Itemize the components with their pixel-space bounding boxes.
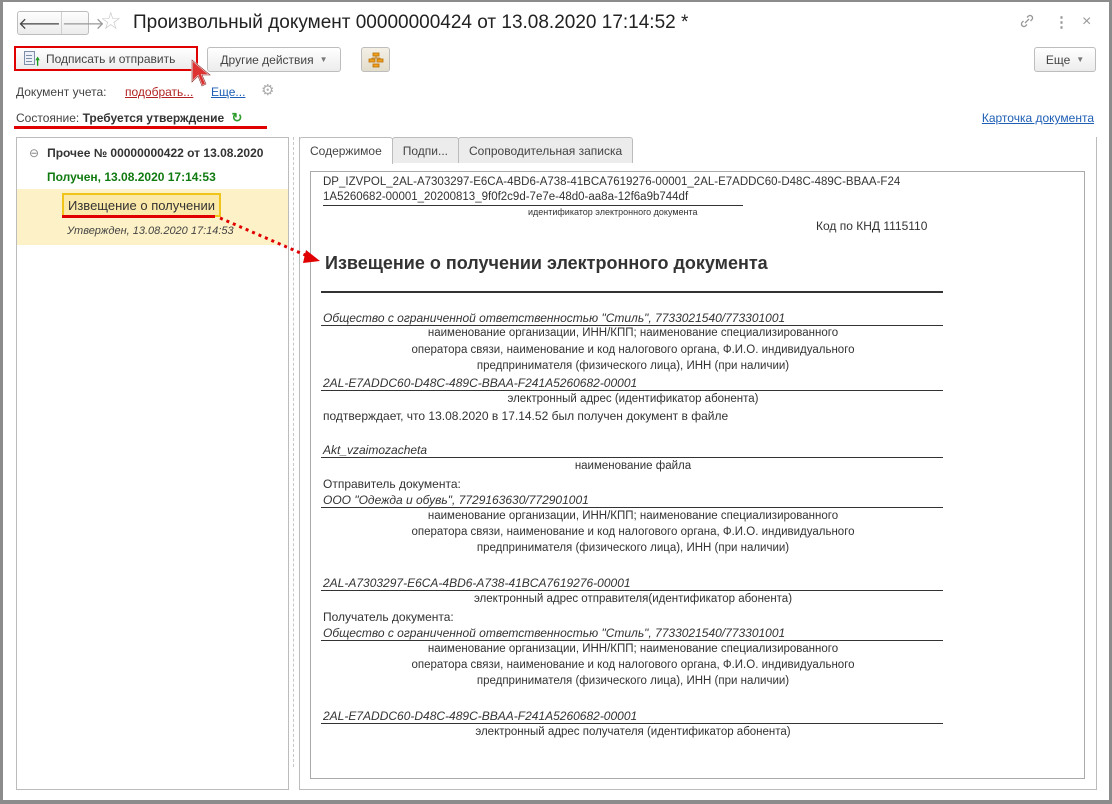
back-button[interactable]: 🡐 [18, 12, 61, 34]
organization-caption: предпринимателя (физического лица), ИНН … [323, 360, 943, 372]
more-accounting-link[interactable]: Еще... [211, 85, 245, 99]
sender-label: Отправитель документа: [323, 477, 461, 491]
collapse-icon[interactable]: ⊖ [29, 146, 39, 160]
file-name-caption: наименование файла [323, 460, 943, 472]
accounting-document-label: Документ учета: [16, 85, 106, 99]
sender-caption: наименование организации, ИНН/КПП; наиме… [323, 510, 943, 522]
subscriber-address-caption: электронный адрес (идентификатор абонент… [323, 393, 943, 405]
close-icon[interactable]: × [1082, 13, 1091, 31]
confirmation-text: подтверждает, что 13.08.2020 в 17.14.52 … [323, 409, 728, 423]
more-label: Еще [1046, 53, 1070, 67]
tab-bar: Содержимое Подпи... Сопроводительная зап… [299, 137, 632, 163]
organization-caption: наименование организации, ИНН/КПП; наиме… [323, 327, 943, 339]
status-highlight-underline [14, 126, 267, 129]
more-vertical-icon[interactable]: ⋮ [1054, 13, 1069, 31]
other-actions-label: Другие действия [220, 53, 313, 67]
document-id-caption: идентификатор электронного документа [528, 207, 698, 217]
panel-splitter[interactable] [293, 137, 294, 767]
tab-contents[interactable]: Содержимое [299, 137, 393, 164]
recipient-caption: наименование организации, ИНН/КПП; наиме… [323, 643, 943, 655]
knd-code: Код по КНД 1115110 [816, 219, 927, 233]
pick-accounting-document-link[interactable]: подобрать... [125, 85, 193, 99]
sender-organization: ООО "Одежда и обувь", 7729163630/7729010… [323, 493, 589, 507]
link-icon[interactable] [1019, 13, 1035, 33]
document-heading: Извещение о получении электронного докум… [325, 253, 768, 274]
sender-address-caption: электронный адрес отправителя(идентифика… [323, 593, 943, 605]
organization-name: Общество с ограниченной ответственностью… [323, 311, 785, 325]
star-icon[interactable]: ☆ [100, 9, 122, 35]
organization-caption: оператора связи, наименование и код нало… [323, 344, 943, 356]
document-content: DP_IZVPOL_2AL-A7303297-E6CA-4BD6-A738-41… [310, 171, 1085, 779]
sender-address: 2AL-A7303297-E6CA-4BD6-A738-41BCA7619276… [323, 576, 631, 590]
refresh-icon[interactable]: ↻ [232, 110, 243, 125]
more-button[interactable]: Еще ▼ [1034, 47, 1096, 72]
document-upload-icon: 🠕 [24, 51, 38, 67]
document-id-line1: DP_IZVPOL_2AL-A7303297-E6CA-4BD6-A738-41… [323, 174, 900, 190]
notice-highlight-underline [62, 215, 215, 218]
recipient-organization: Общество с ограниченной ответственностью… [323, 626, 785, 640]
sign-and-send-label: Подписать и отправить [46, 52, 175, 66]
tree-item-status: Утвержден, 13.08.2020 17:14:53 [67, 225, 234, 237]
recipient-caption: оператора связи, наименование и код нало… [323, 659, 943, 671]
chevron-down-icon: ▼ [1076, 55, 1084, 64]
gear-icon[interactable]: ⚙ [261, 81, 274, 99]
tree-item-receipt-notice[interactable]: Извещение о получении [62, 193, 221, 217]
status-value: Требуется утверждение [83, 111, 225, 125]
sender-caption: оператора связи, наименование и код нало… [323, 526, 943, 538]
document-card-link[interactable]: Карточка документа [982, 111, 1094, 125]
tree-group-header[interactable]: ⊖Прочее № 00000000422 от 13.08.2020 [29, 146, 263, 160]
status-label: Состояние: [16, 111, 79, 125]
document-tree: ⊖Прочее № 00000000422 от 13.08.2020 Полу… [16, 137, 289, 790]
arrow-right-icon: 🡒 [62, 13, 105, 34]
other-actions-button[interactable]: Другие действия ▼ [207, 47, 341, 72]
tab-signatures[interactable]: Подпи... [392, 137, 459, 163]
document-id-line2: 1A5260682-00001_20200813_9f0f2c9d-7e7e-4… [323, 189, 688, 205]
window-title: Произвольный документ 00000000424 от 13.… [133, 12, 688, 34]
sign-and-send-button[interactable]: 🠕 Подписать и отправить [14, 46, 198, 71]
recipient-caption: предпринимателя (физического лица), ИНН … [323, 675, 943, 687]
navigation-buttons: 🡐 🡒 [17, 11, 89, 35]
hierarchy-icon [368, 52, 384, 68]
tab-cover-note[interactable]: Сопроводительная записка [458, 137, 633, 163]
chevron-down-icon: ▼ [320, 55, 328, 64]
arrow-left-icon: 🡐 [18, 13, 61, 34]
structure-button[interactable] [361, 47, 390, 72]
recipient-address-caption: электронный адрес получателя (идентифика… [323, 726, 943, 738]
recipient-label: Получатель документа: [323, 610, 454, 624]
tree-group-title: Прочее № 00000000422 от 13.08.2020 [47, 146, 263, 160]
status-row: Состояние: Требуется утверждение ↻ [16, 110, 242, 126]
recipient-address: 2AL-E7ADDC60-D48C-489C-BBAA-F241A5260682… [323, 709, 637, 723]
forward-button[interactable]: 🡒 [61, 12, 105, 34]
sender-caption: предпринимателя (физического лица), ИНН … [323, 542, 943, 554]
tree-selected-row[interactable]: Извещение о получении Утвержден, 13.08.2… [17, 189, 288, 245]
tree-received-status: Получен, 13.08.2020 17:14:53 [47, 170, 216, 184]
file-name: Akt_vzaimozacheta [323, 443, 427, 457]
subscriber-address: 2AL-E7ADDC60-D48C-489C-BBAA-F241A5260682… [323, 376, 637, 390]
